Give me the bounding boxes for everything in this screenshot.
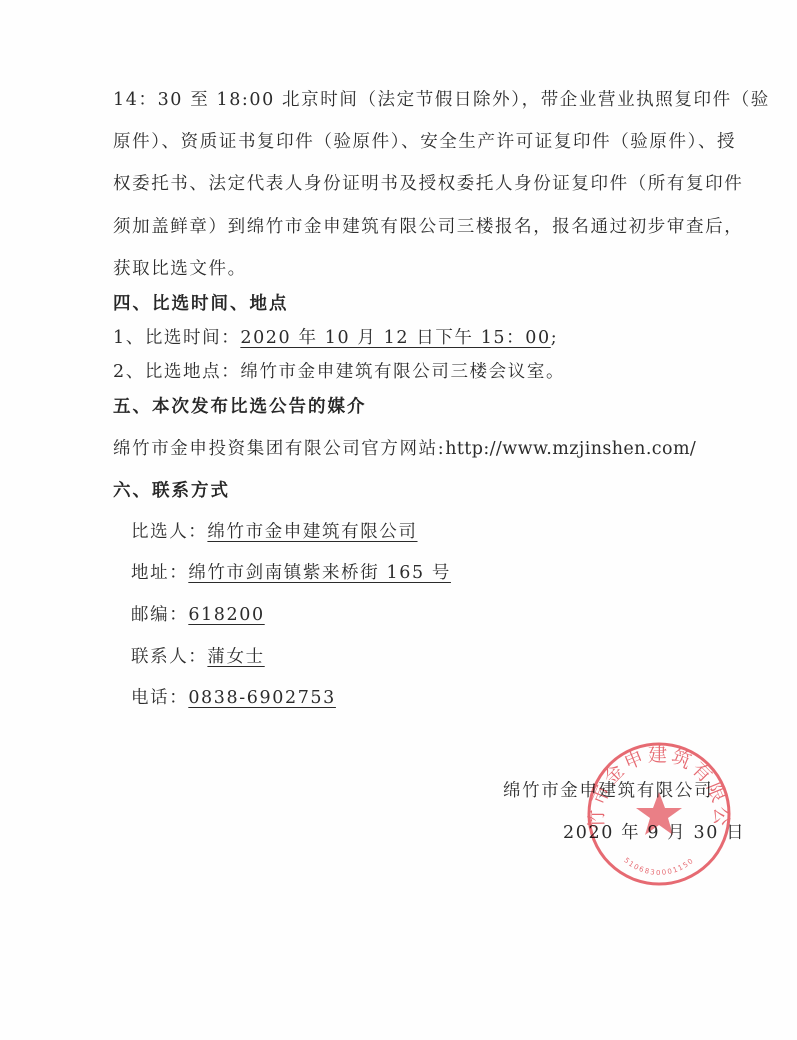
selection-location-label: 2、比选地点：	[113, 362, 240, 382]
contact-label: 联系人：	[131, 647, 207, 667]
contact-label: 地址：	[131, 563, 188, 583]
contact-row-phone: 电话：0838-6902753	[131, 686, 336, 710]
selection-location-value: 绵竹市金申建筑有限公司三楼会议室。	[240, 362, 565, 382]
contact-value: 绵竹市剑南镇紫来桥街 165 号	[188, 563, 451, 583]
contact-value: 618200	[188, 605, 264, 625]
contact-label: 电话：	[131, 688, 188, 708]
contact-value: 0838-6902753	[188, 688, 336, 708]
paragraph-line: 14：30 至 18:00 北京时间（法定节假日除外），带企业营业执照复印件（验	[113, 88, 770, 112]
selection-time: 1、比选时间：2020 年 10 月 12 日下午 15：00;	[113, 326, 558, 350]
paragraph-line: 权委托书、法定代表人身份证明书及授权委托人身份证复印件（所有复印件	[113, 172, 743, 196]
paragraph-line: 原件）、资质证书复印件（验原件）、安全生产许可证复印件（验原件）、授	[113, 130, 736, 154]
signature-date: 2020 年 9 月 30 日	[563, 821, 745, 845]
media-url[interactable]: http://www.mzjinshen.com/	[445, 439, 696, 459]
company-seal-stamp-icon: 绵竹市金申建筑有限公司 5106830001150	[585, 740, 733, 888]
contact-label: 比选人：	[131, 522, 207, 542]
section-heading-time-location: 四、比选时间、地点	[113, 292, 289, 316]
seal-serial: 5106830001150	[622, 856, 695, 876]
document-page: 14：30 至 18:00 北京时间（法定节假日除外），带企业营业执照复印件（验…	[0, 0, 797, 1040]
contact-row-postcode: 邮编：618200	[131, 603, 265, 627]
contact-value: 蒲女士	[207, 647, 264, 667]
contact-value: 绵竹市金申建筑有限公司	[207, 522, 417, 542]
section-heading-media: 五、本次发布比选公告的媒介	[113, 395, 367, 419]
selection-time-label: 1、比选时间：	[113, 328, 240, 348]
selection-time-value: 2020 年 10 月 12 日下午 15：00	[240, 328, 550, 348]
contact-row-person: 联系人：蒲女士	[131, 645, 265, 669]
signature-company: 绵竹市金申建筑有限公司	[503, 779, 713, 803]
svg-text:5106830001150: 5106830001150	[622, 856, 695, 876]
paragraph-line: 须加盖鲜章）到绵竹市金申建筑有限公司三楼报名，报名通过初步审查后，	[113, 215, 743, 239]
media-website: 绵竹市金申投资集团有限公司官方网站:http://www.mzjinshen.c…	[113, 437, 696, 461]
paragraph-line: 获取比选文件。	[113, 257, 247, 281]
section-heading-contact: 六、联系方式	[113, 479, 230, 503]
selection-time-suffix: ;	[551, 328, 559, 348]
contact-label: 邮编：	[131, 605, 188, 625]
contact-row-address: 地址：绵竹市剑南镇紫来桥街 165 号	[131, 561, 451, 585]
contact-row-selector: 比选人：绵竹市金申建筑有限公司	[131, 520, 418, 544]
media-label: 绵竹市金申投资集团有限公司官方网站:	[113, 439, 445, 459]
selection-location: 2、比选地点：绵竹市金申建筑有限公司三楼会议室。	[113, 360, 565, 384]
